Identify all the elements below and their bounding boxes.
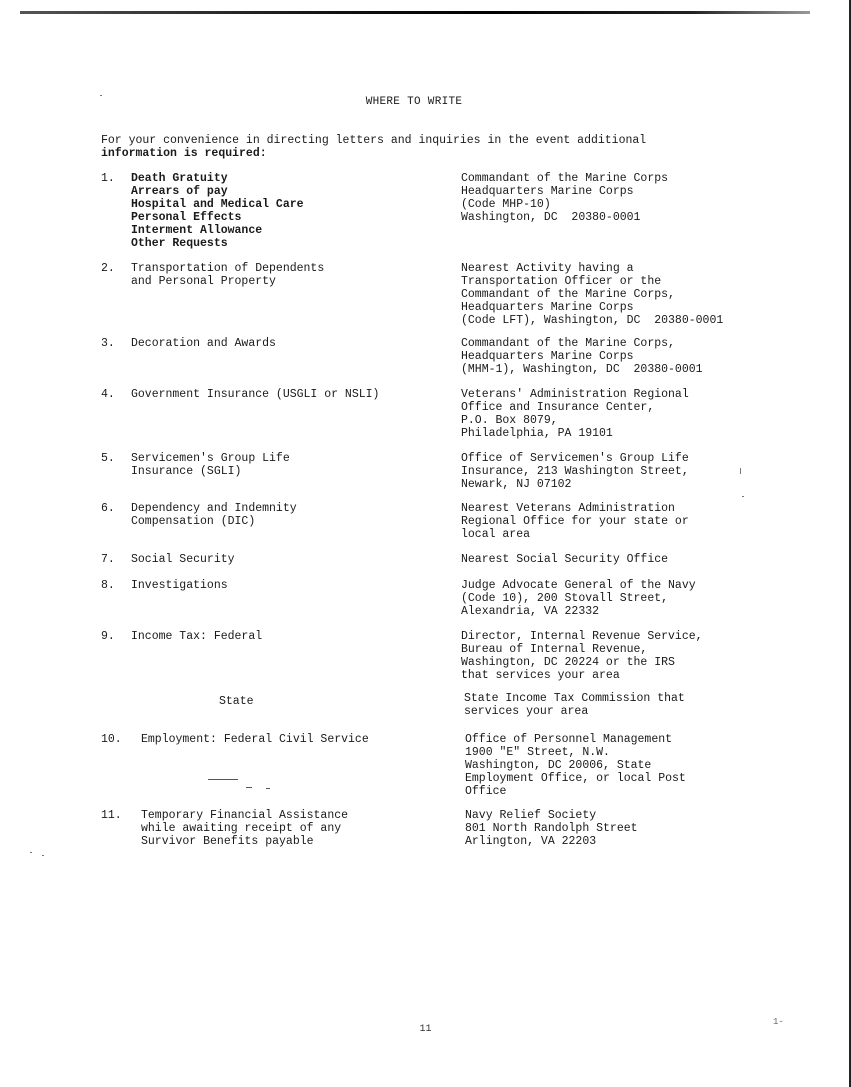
item-number: 2. <box>101 262 131 275</box>
scan-mark <box>246 787 252 788</box>
item-address: Commandant of the Marine Corps, Headquar… <box>461 337 703 376</box>
item-subject: Transportation of Dependents and Persona… <box>131 262 324 288</box>
item-number: 8. <box>101 579 131 592</box>
item-address: Nearest Veterans Administration Regional… <box>461 502 689 541</box>
item-subject: Government Insurance (USGLI or NSLI) <box>131 388 379 401</box>
intro-text: For your convenience in directing letter… <box>101 134 741 160</box>
item-subject: Servicemen's Group Life Insurance (SGLI) <box>131 452 290 478</box>
item-subject: Dependency and Indemnity Compensation (D… <box>131 502 297 528</box>
intro-line-1: For your convenience in directing letter… <box>101 134 646 147</box>
item-subject: Employment: Federal Civil Service <box>141 733 369 746</box>
item-address: Director, Internal Revenue Service, Bure… <box>461 630 703 682</box>
item-number: 7. <box>101 553 131 566</box>
scan-speck <box>742 496 744 497</box>
scan-speck <box>42 855 44 856</box>
item-subject: Social Security <box>131 553 235 566</box>
item-number: 5. <box>101 452 131 465</box>
scan-speck <box>740 468 741 474</box>
item-number: 6. <box>101 502 131 515</box>
item-subject: Income Tax: Federal <box>131 630 262 643</box>
item-address: Nearest Activity having a Transportation… <box>461 262 723 327</box>
item-subject: Temporary Financial Assistance while awa… <box>141 809 348 848</box>
item-number: 3. <box>101 337 131 350</box>
item-address: Office of Personnel Management 1900 "E" … <box>465 733 686 798</box>
state-tax-subject: State <box>219 695 254 708</box>
corner-mark: 1- <box>773 1016 784 1029</box>
item-subject: Investigations <box>131 579 228 592</box>
scan-speck <box>30 852 32 853</box>
scan-speck <box>100 95 102 96</box>
item-number: 9. <box>101 630 131 643</box>
item-number: 1. <box>101 172 131 185</box>
item-number: 4. <box>101 388 131 401</box>
page-number: 11 <box>0 1023 851 1036</box>
item-number: 10. <box>101 733 131 746</box>
scan-mark <box>208 779 238 780</box>
intro-line-2: information is required: <box>101 147 267 160</box>
item-address: Nearest Social Security Office <box>461 553 668 566</box>
item-address: Veterans' Administration Regional Office… <box>461 388 689 440</box>
item-subject: Death Gratuity Arrears of pay Hospital a… <box>131 172 304 250</box>
item-address: Office of Servicemen's Group Life Insura… <box>461 452 689 491</box>
item-subject: Decoration and Awards <box>131 337 276 350</box>
item-number: 11. <box>101 809 131 822</box>
document-page: WHERE TO WRITE For your convenience in d… <box>0 0 851 1087</box>
state-tax-address: State Income Tax Commission that service… <box>464 692 685 718</box>
top-scan-border <box>20 11 810 14</box>
page-title: WHERE TO WRITE <box>0 96 828 109</box>
item-address: Commandant of the Marine Corps Headquart… <box>461 172 668 224</box>
scan-mark <box>266 788 270 789</box>
item-address: Judge Advocate General of the Navy (Code… <box>461 579 696 618</box>
item-address: Navy Relief Society 801 North Randolph S… <box>465 809 638 848</box>
